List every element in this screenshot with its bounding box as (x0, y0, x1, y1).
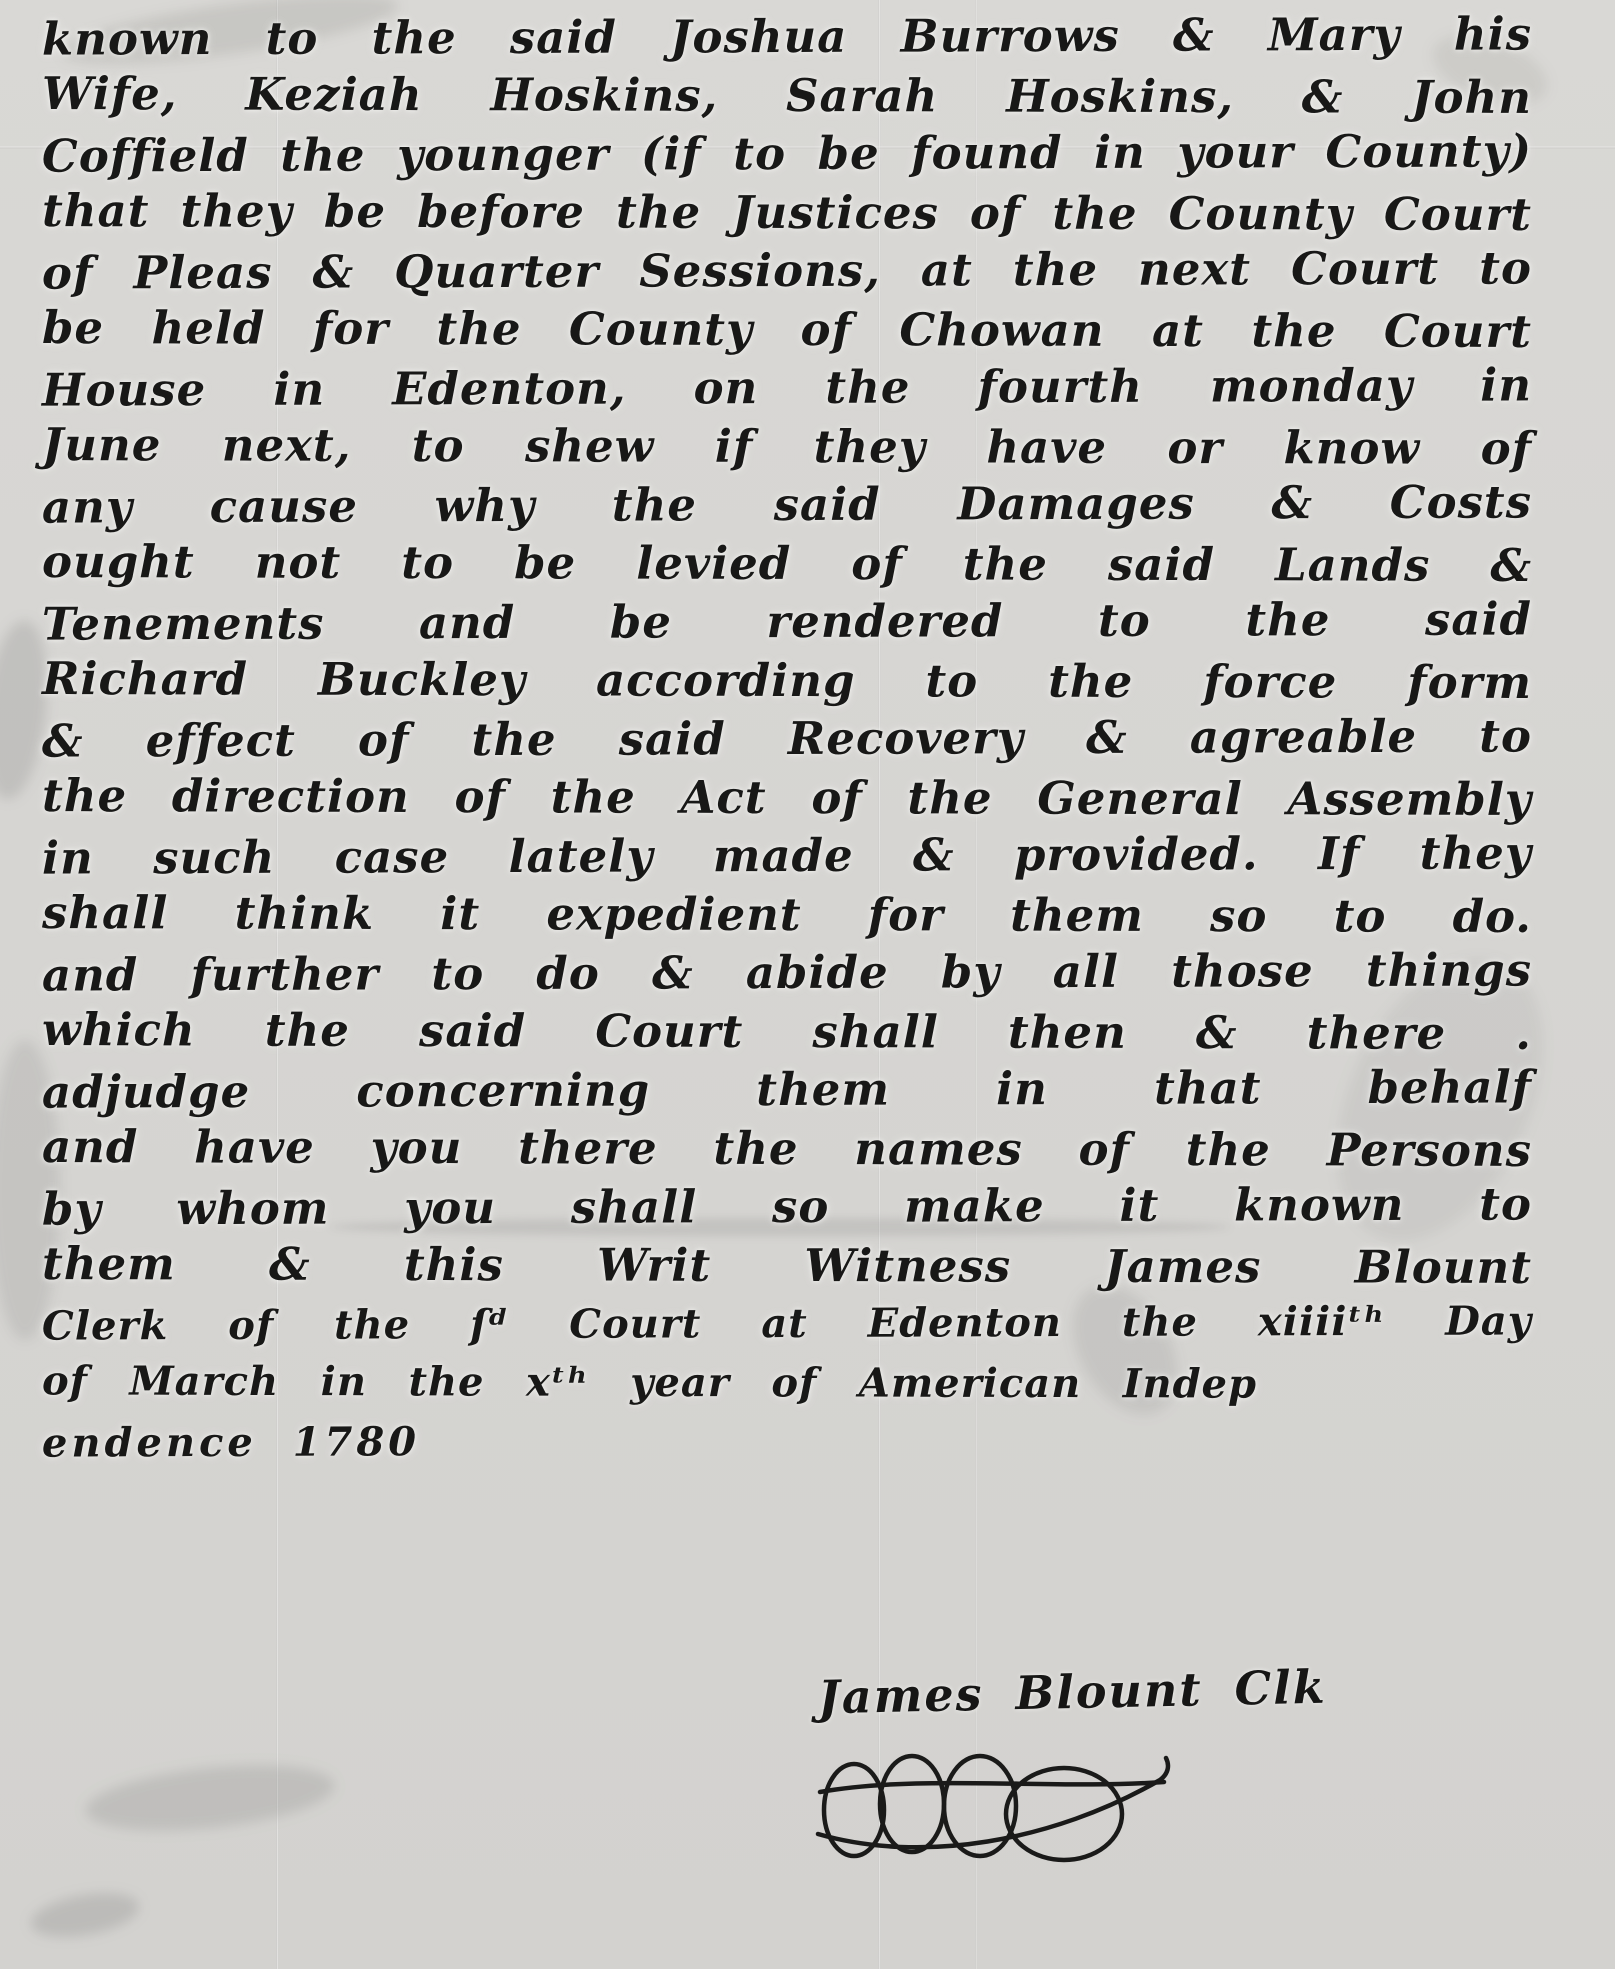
manuscript-line: Wife, Keziah Hoskins, Sarah Hoskins, & J… (42, 65, 1532, 127)
manuscript-line: of March in the xᵗʰ year of American Ind… (42, 1352, 1257, 1414)
document-page: known to the said Joshua Burrows & Mary … (0, 0, 1615, 1969)
manuscript-line: which the said Court shall then & there … (42, 1001, 1532, 1063)
manuscript-line: and further to do & abide by all those t… (42, 941, 1532, 1005)
manuscript-line: Richard Buckley according to the force f… (42, 650, 1532, 712)
manuscript-line: June next, to shew if they have or know … (42, 416, 1532, 478)
manuscript-line: Tenements and be rendered to the said (42, 590, 1532, 654)
manuscript-line: them & this Writ Witness James Blount (42, 1235, 1532, 1297)
manuscript-line: adjudge concerning them in that behalf (42, 1058, 1532, 1122)
manuscript-line: & effect of the said Recovery & agreable… (42, 707, 1532, 771)
manuscript-line: Coffield the younger (if to be found in … (42, 122, 1532, 186)
manuscript-line: that they be before the Justices of the … (42, 182, 1532, 244)
manuscript-line: in such case lately made & provided. If … (42, 824, 1532, 888)
ink-smudge (27, 1886, 142, 1944)
signature-flourish (812, 1742, 1177, 1882)
manuscript-line: by whom you shall so make it known to (42, 1175, 1532, 1239)
manuscript-line: House in Edenton, on the fourth monday i… (42, 356, 1532, 420)
manuscript-line: Clerk of the ſᵈ Court at Edenton the xii… (42, 1292, 1532, 1356)
manuscript-line: endence 1780 (42, 1409, 1542, 1473)
signature-james-blount: James Blount Clk (817, 1660, 1327, 1725)
manuscript-line: and have you there the names of the Pers… (42, 1118, 1532, 1180)
manuscript-line: known to the said Joshua Burrows & Mary … (42, 5, 1532, 69)
ink-smudge (83, 1755, 338, 1841)
manuscript-text: known to the said Joshua Burrows & Mary … (42, 8, 1542, 1471)
manuscript-line: the direction of the Act of the General … (42, 767, 1532, 829)
manuscript-line: ought not to be levied of the said Lands… (42, 533, 1532, 595)
manuscript-line: be held for the County of Chowan at the … (42, 299, 1532, 361)
manuscript-line: any cause why the said Damages & Costs (42, 473, 1532, 537)
manuscript-line: shall think it expedient for them so to … (42, 884, 1532, 946)
manuscript-line: of Pleas & Quarter Sessions, at the next… (42, 239, 1532, 303)
